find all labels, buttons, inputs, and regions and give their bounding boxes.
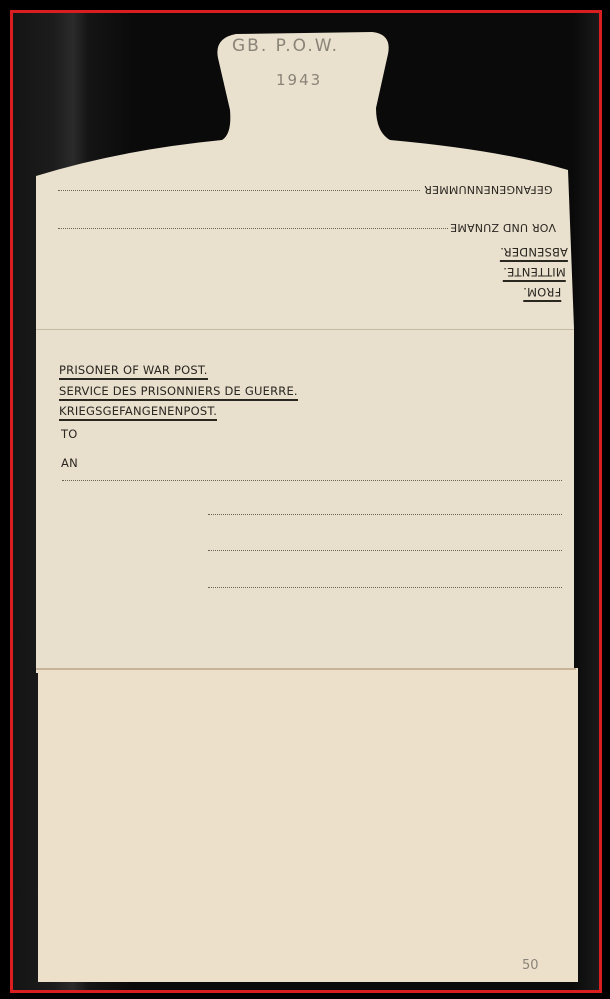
sender-number-line [58, 190, 420, 191]
address-line-3[interactable] [208, 550, 562, 551]
heading-service-des-prisonniers: SERVICE DES PRISONNIERS DE GUERRE. [59, 384, 298, 401]
an-label: AN [61, 456, 78, 470]
fold-line-lower [36, 668, 576, 670]
heading-kriegsgefangenenpost: KRIEGSGEFANGENENPOST. [59, 404, 217, 421]
mittente-label: MITTENTE. [503, 264, 566, 282]
absender-label: ABSENDER. [500, 244, 568, 262]
to-label: TO [61, 427, 77, 441]
heading-prisoner-of-war-post: PRISONER OF WAR POST. [59, 363, 208, 380]
letter-panel [38, 668, 578, 982]
address-line-4[interactable] [208, 587, 562, 588]
fold-line-upper [36, 329, 574, 330]
from-label: FROM. [523, 284, 561, 302]
pencil-note-gb-pow: GB. P.O.W. [232, 36, 339, 56]
address-line-2[interactable] [208, 514, 562, 515]
pencil-note-price: 50 [522, 958, 539, 973]
address-line-1[interactable] [62, 480, 562, 481]
sender-name-line [58, 228, 448, 229]
gefangenennummer-label: GEFANGENENNUMMER [424, 183, 552, 196]
pencil-note-year: 1943 [276, 71, 322, 89]
vor-und-zuname-label: VOR UND ZUNAME [450, 221, 556, 234]
